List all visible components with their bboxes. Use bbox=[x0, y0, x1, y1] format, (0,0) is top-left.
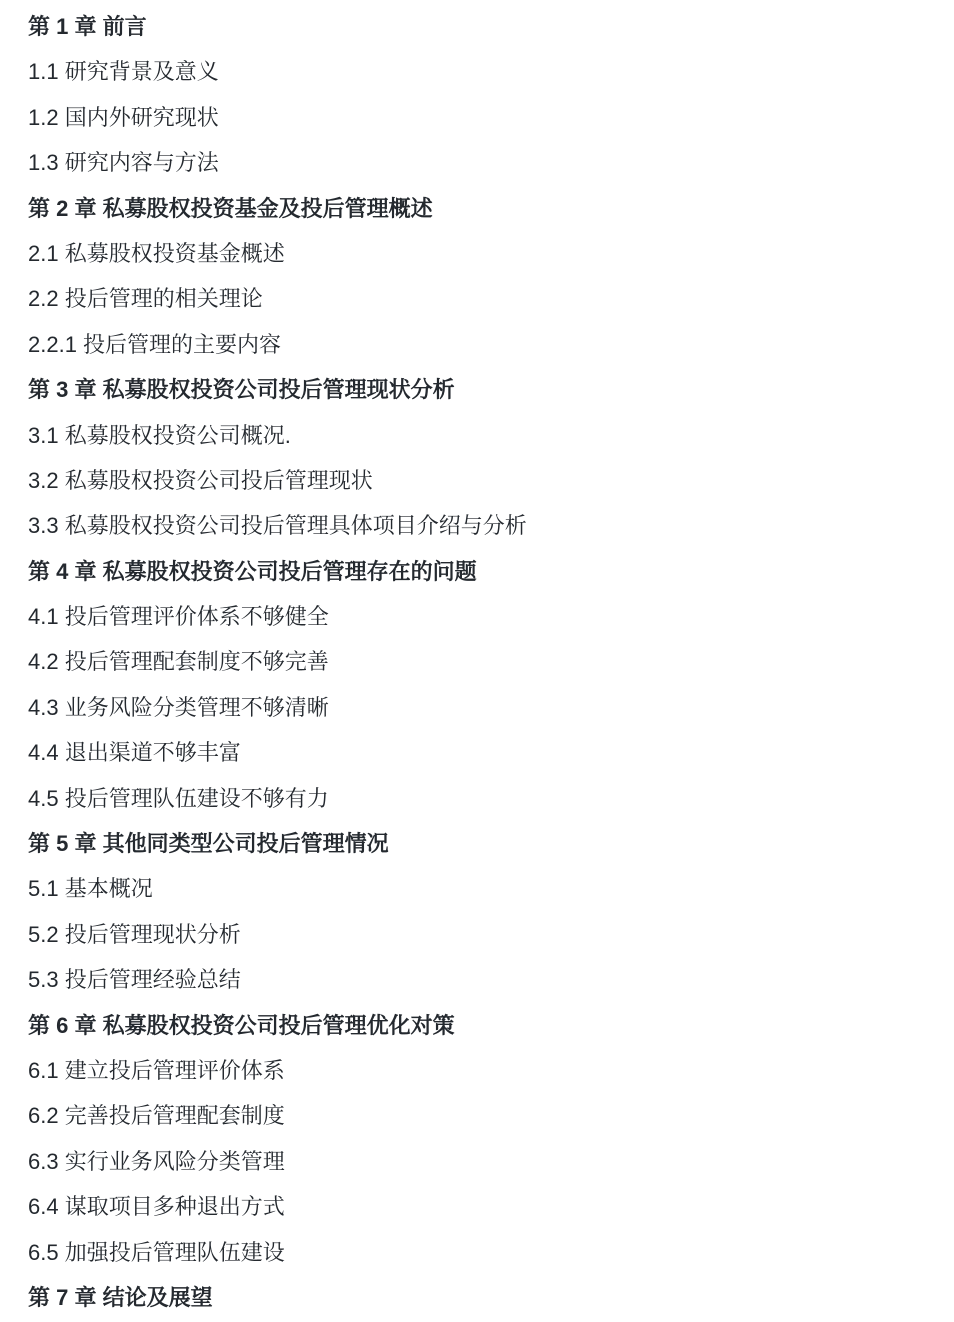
toc-chapter-heading: 第 4 章 私募股权投资公司投后管理存在的问题 bbox=[28, 549, 934, 594]
toc-entry: 4.2 投后管理配套制度不够完善 bbox=[28, 639, 934, 684]
toc-chapter-heading: 第 2 章 私募股权投资基金及投后管理概述 bbox=[28, 186, 934, 231]
toc-entry: 3.1 私募股权投资公司概况. bbox=[28, 413, 934, 458]
toc-chapter-heading: 第 6 章 私募股权投资公司投后管理优化对策 bbox=[28, 1003, 934, 1048]
toc-entry: 5.2 投后管理现状分析 bbox=[28, 912, 934, 957]
toc-entry: 4.5 投后管理队伍建设不够有力 bbox=[28, 776, 934, 821]
toc-entry: 4.3 业务风险分类管理不够清晰 bbox=[28, 685, 934, 730]
toc-entry: 3.2 私募股权投资公司投后管理现状 bbox=[28, 458, 934, 503]
toc-chapter-heading: 第 7 章 结论及展望 bbox=[28, 1275, 934, 1320]
toc-chapter-heading: 第 1 章 前言 bbox=[28, 4, 934, 49]
toc-entry: 2.2 投后管理的相关理论 bbox=[28, 276, 934, 321]
toc-entry: 6.5 加强投后管理队伍建设 bbox=[28, 1230, 934, 1275]
toc-entry: 5.3 投后管理经验总结 bbox=[28, 957, 934, 1002]
toc-entry: 2.1 私募股权投资基金概述 bbox=[28, 231, 934, 276]
toc-entry: 1.3 研究内容与方法 bbox=[28, 140, 934, 185]
toc-entry: 6.4 谋取项目多种退出方式 bbox=[28, 1184, 934, 1229]
toc-entry: 6.3 实行业务风险分类管理 bbox=[28, 1139, 934, 1184]
toc-entry: 6.2 完善投后管理配套制度 bbox=[28, 1093, 934, 1138]
toc-entry: 2.2.1 投后管理的主要内容 bbox=[28, 322, 934, 367]
toc-entry: 6.1 建立投后管理评价体系 bbox=[28, 1048, 934, 1093]
toc-entry: 1.2 国内外研究现状 bbox=[28, 95, 934, 140]
toc-entry: 4.1 投后管理评价体系不够健全 bbox=[28, 594, 934, 639]
document-outline: 第 1 章 前言1.1 研究背景及意义1.2 国内外研究现状1.3 研究内容与方… bbox=[0, 0, 954, 1320]
toc-entry: 1.1 研究背景及意义 bbox=[28, 49, 934, 94]
toc-entry: 3.3 私募股权投资公司投后管理具体项目介绍与分析 bbox=[28, 503, 934, 548]
toc-chapter-heading: 第 5 章 其他同类型公司投后管理情况 bbox=[28, 821, 934, 866]
toc-chapter-heading: 第 3 章 私募股权投资公司投后管理现状分析 bbox=[28, 367, 934, 412]
toc-entry: 5.1 基本概况 bbox=[28, 866, 934, 911]
toc-entry: 4.4 退出渠道不够丰富 bbox=[28, 730, 934, 775]
